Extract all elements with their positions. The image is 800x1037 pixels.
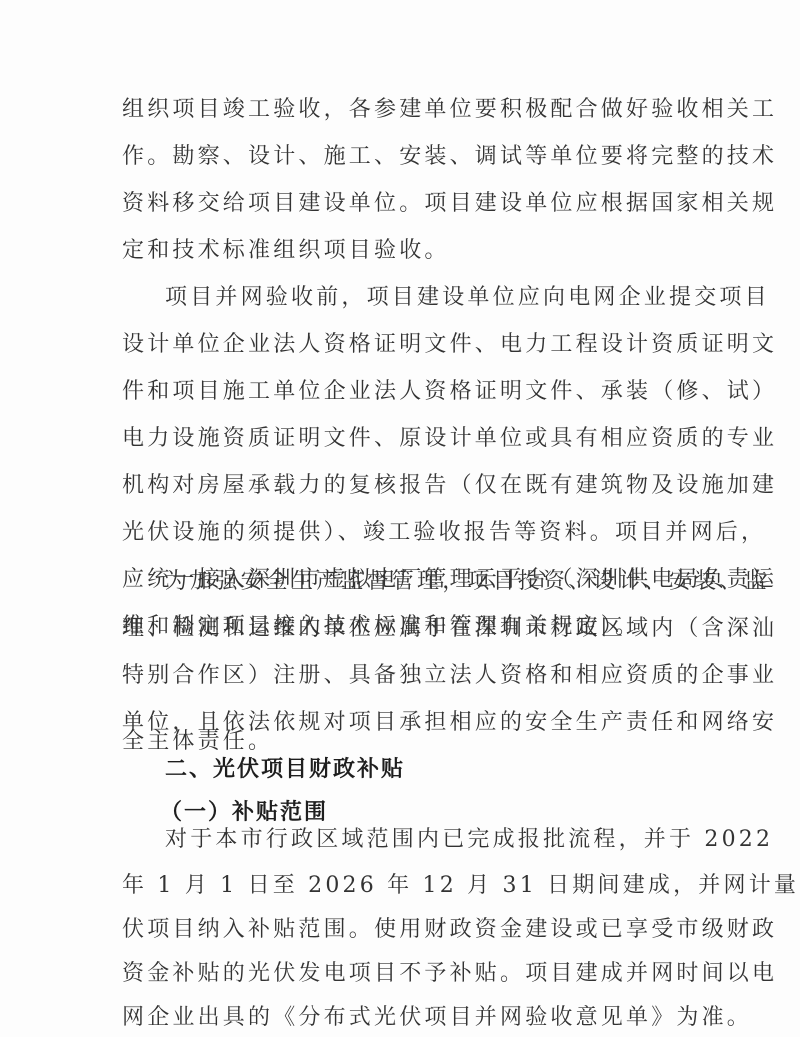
text-line: 为加强安全生产监督管理，项目投资、设计、安装、监 (165, 564, 725, 600)
text-line: 机构对房屋承载力的复核报告（仅在既有建筑物及设施加建 (122, 468, 682, 504)
text-line: 年 1 月 1 日至 2026 年 12 月 31 日期间建成，并网计量的光 (122, 868, 682, 904)
text-line: 资料移交给项目建设单位。项目建设单位应根据国家相关规 (122, 186, 682, 222)
text-line: 设计单位企业法人资格证明文件、电力工程设计资质证明文 (122, 327, 682, 363)
text-line: 组织项目竣工验收，各参建单位要积极配合做好验收相关工 (122, 92, 682, 128)
text-line: 项目并网验收前，项目建设单位应向电网企业提交项目 (165, 280, 725, 316)
document-page: 组织项目竣工验收，各参建单位要积极配合做好验收相关工 作。勘察、设计、施工、安装… (0, 0, 800, 1037)
text-line: 特别合作区）注册、具备独立法人资格和相应资质的企事业 (122, 658, 682, 694)
text-line: 光伏设施的须提供）、竣工验收报告等资料。项目并网后， (122, 515, 682, 551)
text-line: 资金补贴的光伏发电项目不予补贴。项目建成并网时间以电 (122, 956, 682, 992)
text-line: 理、检测和运维的单位应属于在深圳市行政区域内（含深汕 (122, 611, 682, 647)
text-line: 作。勘察、设计、施工、安装、调试等单位要将完整的技术 (122, 139, 682, 175)
text-line: 网企业出具的《分布式光伏项目并网验收意见单》为准。 (122, 1000, 682, 1036)
text-line: 定和技术标准组织项目验收。 (122, 233, 682, 269)
text-line: 电力设施资质证明文件、原设计单位或具有相应资质的专业 (122, 421, 682, 457)
text-line: 对于本市行政区域范围内已完成报批流程，并于 2022 (165, 822, 725, 858)
text-line: 件和项目施工单位企业法人资格证明文件、承装（修、试） (122, 374, 682, 410)
text-line: 伏项目纳入补贴范围。使用财政资金建设或已享受市级财政 (122, 912, 682, 948)
section-heading: 二、光伏项目财政补贴 (165, 752, 405, 788)
